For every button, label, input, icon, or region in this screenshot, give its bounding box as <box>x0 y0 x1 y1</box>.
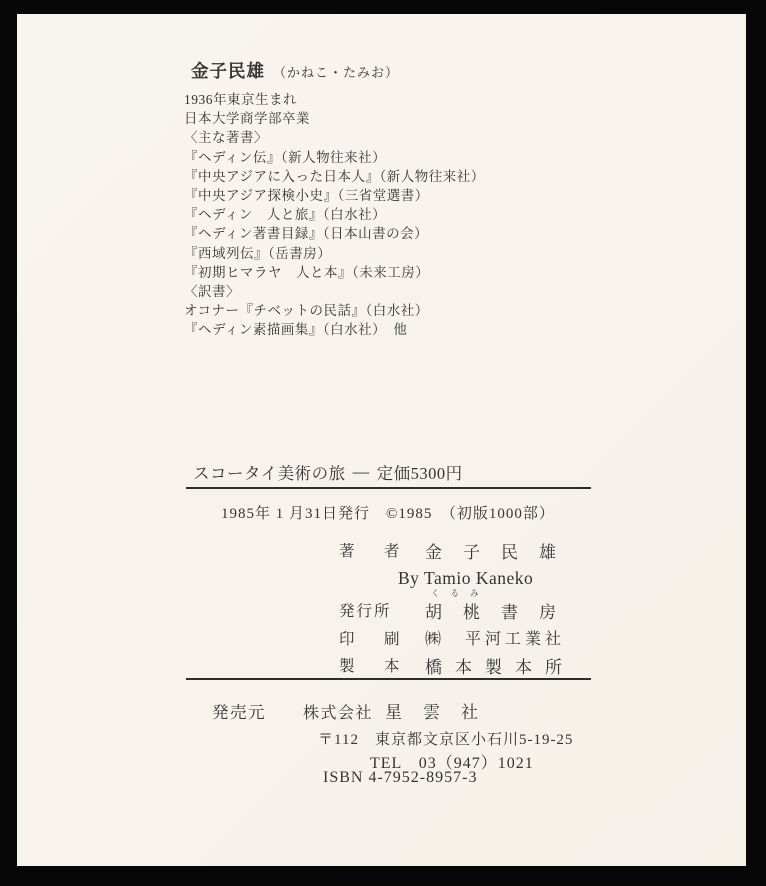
author-value: 金子民雄 <box>425 538 577 563</box>
horizontal-rule-top <box>186 487 591 489</box>
printer-value: ㈱ 平河工業社 <box>425 626 565 649</box>
bio-line: 『ヘディン著書目録』（日本山書の会） <box>184 224 604 243</box>
author-bio: 金子民雄 （かねこ・たみお） 1936年東京生まれ 日本大学商学部卒業 〈主な著… <box>184 58 604 340</box>
distributor-label: 発売元 <box>212 699 266 723</box>
bio-line: 『ヘディン 人と旅』（白水社） <box>184 205 604 224</box>
author-name-line: 金子民雄 （かねこ・たみお） <box>184 58 604 86</box>
bio-line: 『ヘディン伝』（新人物往来社） <box>184 148 604 167</box>
binder-value: 橋本製本所 <box>425 653 575 678</box>
isbn-number: ISBN 4-7952-8957-3 <box>323 769 477 787</box>
bio-line: 『中央アジア探検小史』（三省堂選書） <box>184 186 604 205</box>
bio-line: 『ヘディン素描画集』（白水社） 他 <box>184 320 604 339</box>
printer-label: 印 刷 <box>339 627 407 649</box>
publisher-value: 胡桃書房 <box>425 598 577 623</box>
title-price-separator: ― <box>353 462 370 482</box>
distributor-company-name: 星雲社 <box>385 698 499 723</box>
book-title: スコータイ美術の旅 <box>193 464 346 483</box>
distributor-company-type: 株式会社 <box>303 700 373 723</box>
binder-label: 製 本 <box>339 654 407 676</box>
book-price: 定価5300円 <box>377 464 463 483</box>
bio-line: 〈主な著書〉 <box>184 128 604 147</box>
bio-line: 1936年東京生まれ <box>184 90 604 109</box>
colophon-page: 金子民雄 （かねこ・たみお） 1936年東京生まれ 日本大学商学部卒業 〈主な著… <box>17 14 746 866</box>
horizontal-rule-bottom <box>186 678 591 680</box>
author-name: 金子民雄 <box>191 61 265 81</box>
bio-line: 〈訳書〉 <box>184 282 604 301</box>
bio-line: オコナー『チベットの民話』（白水社） <box>184 301 604 320</box>
book-title-line: スコータイ美術の旅―定価5300円 <box>193 460 463 484</box>
distributor-address: 〒112 東京都文京区小石川5-19-25 <box>318 728 573 749</box>
bio-line: 『初期ヒマラヤ 人と本』（未来工房） <box>184 263 604 282</box>
bio-line: 日本大学商学部卒業 <box>184 109 604 128</box>
author-label: 著 者 <box>339 539 407 561</box>
author-latin-byline: By Tamio Kaneko <box>398 568 533 589</box>
scanned-book-page: 金子民雄 （かねこ・たみお） 1936年東京生まれ 日本大学商学部卒業 〈主な著… <box>0 0 766 886</box>
author-name-reading: （かねこ・たみお） <box>273 65 399 80</box>
publisher-label: 発行所 <box>339 599 392 621</box>
bio-line: 『中央アジアに入った日本人』（新人物往来社） <box>184 167 604 186</box>
bio-line: 『西域列伝』（岳書房） <box>184 244 604 263</box>
edition-line: 1985年 1 月31日発行 ©1985 （初版1000部） <box>221 502 555 523</box>
